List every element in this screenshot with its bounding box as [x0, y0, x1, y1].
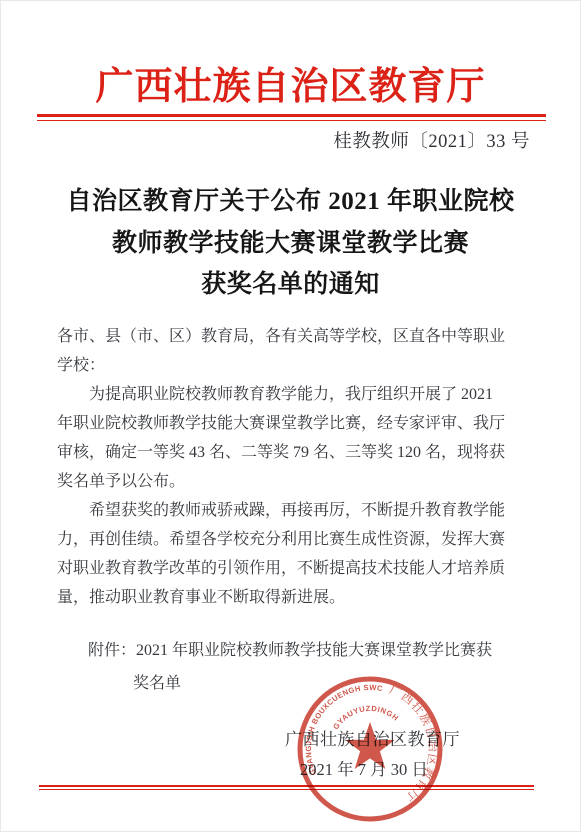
document-page: 广西壮族自治区教育厅 桂教教师〔2021〕33 号 自治区教育厅关于公布 202…: [0, 0, 581, 832]
seal-inner-latin-text: GYAUYUZDINGH: [331, 704, 400, 731]
document-number: 桂教教师〔2021〕33 号: [333, 133, 530, 152]
attachment-line-2: 奖名单: [133, 676, 181, 692]
document-body: 各市、县（市、区）教育局，各有关高等学校，区直各中等职业 学校： 为提高职业院校…: [57, 322, 519, 612]
seal-chinese-ring-text: 广西壮族自治区教育厅: [387, 682, 440, 806]
official-seal: GVANGJSIH BOUXCUENGH SWCIGIH 广西壮族自治区教育厅 …: [295, 674, 445, 824]
addressee-paragraph: 各市、县（市、区）教育局，各有关高等学校，区直各中等职业 学校：: [57, 322, 519, 380]
document-title: 自治区教育厅关于公布 2021 年职业院校 教师教学技能大赛课堂教学比赛 获奖名…: [0, 181, 581, 306]
attachment-line-1: 附件：2021 年职业院校教师教学技能大赛课堂教学比赛获: [88, 643, 492, 659]
letterhead-rule-thick: [37, 114, 546, 117]
body-paragraph-1: 为提高职业院校教师教育教学能力，我厅组织开展了 2021 年职业院校教师教学技能…: [57, 380, 519, 496]
body-paragraph-2: 希望获奖的教师戒骄戒躁，再接再厉，不断提升教育教学能 力，再创佳绩。希望各学校充…: [57, 496, 519, 612]
letterhead-agency-title: 广西壮族自治区教育厅: [0, 68, 581, 106]
footer-rule-top: [39, 785, 534, 787]
letterhead-rule-thin: [37, 120, 546, 121]
seal-star-icon: [345, 722, 394, 769]
footer-rule-bottom: [39, 789, 534, 791]
